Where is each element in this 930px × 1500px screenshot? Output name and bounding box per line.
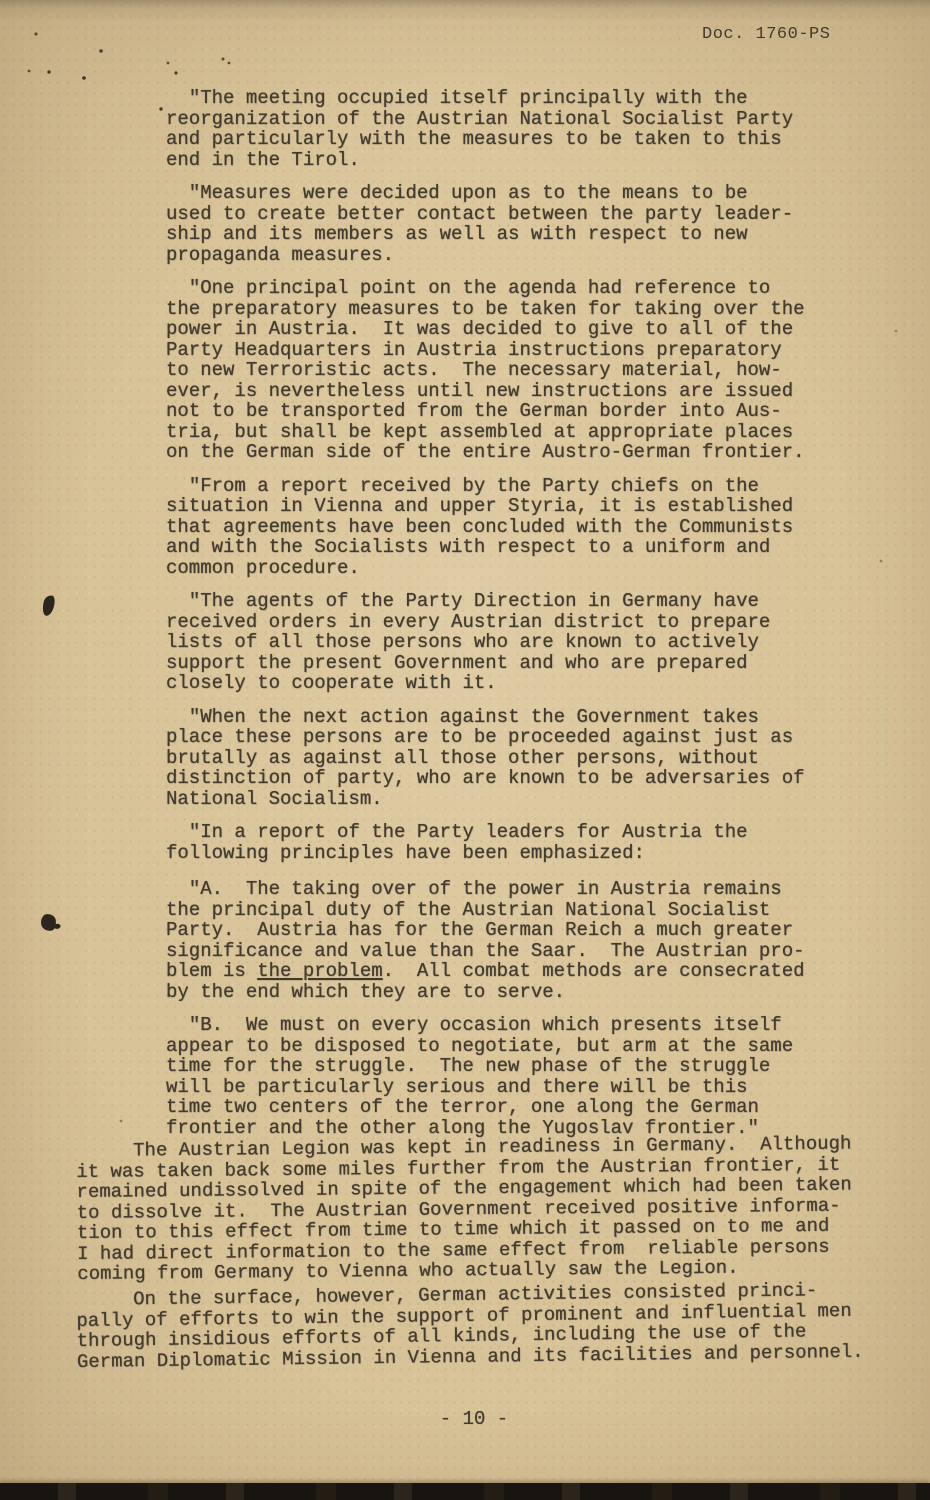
quoted-paragraph-7: "In a report of the Party leaders for Au… [166,822,856,863]
body-paragraph-legion: The Austrian Legion was kept in readines… [76,1133,907,1297]
document-page: Doc. 1760-PS "The meeting occupied itsel… [0,0,930,1500]
quoted-paragraph-1: "The meeting occupied itself principally… [166,88,856,170]
quoted-paragraph-3: "One principal point on the agenda had r… [166,278,856,463]
body-paragraph-surface: On the surface, however, German activiti… [76,1279,907,1385]
quoted-text-block: "The meeting occupied itself principally… [166,88,856,1151]
paper-specks [0,0,2,2]
quoted-paragraph-6: "When the next action against the Govern… [166,707,856,810]
quoted-paragraph-5: "The agents of the Party Direction in Ge… [166,591,856,694]
ink-mark [41,594,57,617]
doc-number: Doc. 1760-PS [702,25,830,44]
quoted-paragraph-4: "From a report received by the Party chi… [166,476,856,579]
page-number: - 10 - [9,1408,930,1430]
quoted-paragraph-A: "A. The taking over of the power in Aust… [166,879,856,1002]
ink-mark [40,913,57,932]
body-paragraph-text: The Austrian Legion was kept in readines… [76,1133,907,1284]
quoted-paragraph-B: "B. We must on every occasion which pres… [166,1015,856,1138]
body-paragraph-text: On the surface, however, German activiti… [76,1279,907,1372]
scan-bottom-edge [0,1483,930,1500]
quoted-paragraph-2: "Measures were decided upon as to the me… [166,183,856,265]
scan-top-edge [0,0,930,22]
